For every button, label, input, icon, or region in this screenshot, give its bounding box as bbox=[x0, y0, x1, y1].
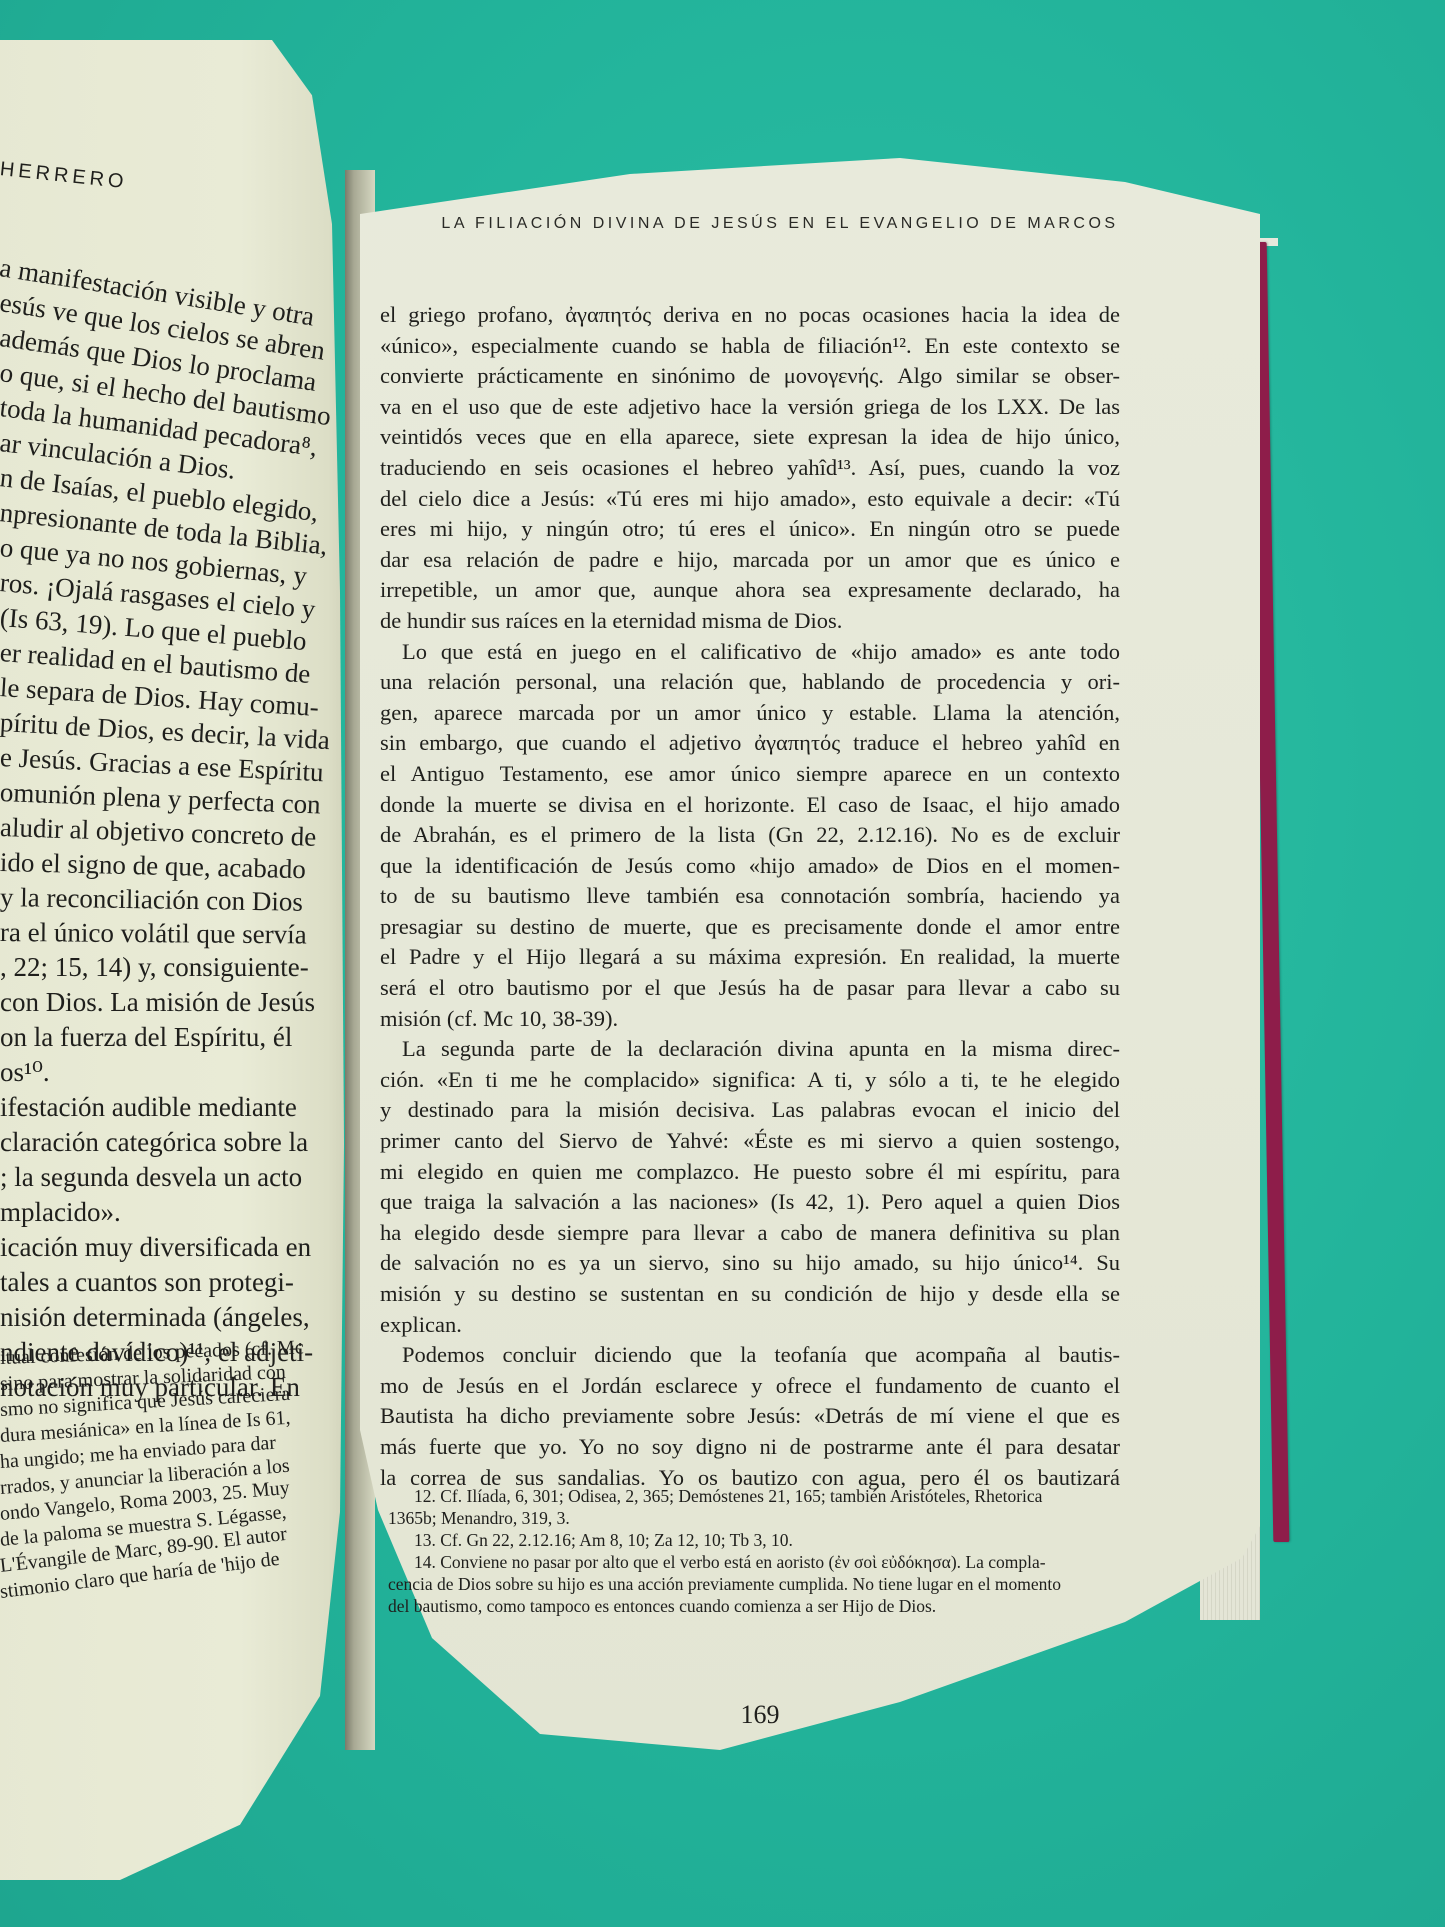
text-line: tales a cuantos son protegi- bbox=[0, 1265, 330, 1300]
left-page: HERRERO a manifestación visible y otraes… bbox=[0, 40, 360, 1880]
text-line: sin embargo, que cuando el adjetivo ἀγαπ… bbox=[380, 728, 1120, 759]
text-line: presagiar su destino de muerte, que es p… bbox=[380, 912, 1120, 943]
text-line: mi elegido en quien me complazco. He pue… bbox=[380, 1157, 1120, 1188]
right-page-content: LA FILIACIÓN DIVINA DE JESÚS EN EL EVANG… bbox=[380, 0, 1140, 1927]
text-line: , 22; 15, 14) y, consiguiente- bbox=[0, 950, 330, 985]
text-line: el Padre y el Hijo llegará a su máxima e… bbox=[380, 942, 1120, 973]
text-line: veintidós veces que en ella aparece, sie… bbox=[380, 422, 1120, 453]
left-footnotes: itual confesión de los pecados (cf. Mcsi… bbox=[0, 1345, 330, 1605]
text-line: ifestación audible mediante bbox=[0, 1090, 330, 1125]
left-running-head: HERRERO bbox=[0, 158, 129, 194]
text-line: va en el uso que de este adjetivo hace l… bbox=[380, 392, 1120, 423]
text-line: ha elegido desde siempre para llevar a c… bbox=[380, 1218, 1120, 1249]
text-line: el griego profano, ἀγαπητός deriva en no… bbox=[380, 300, 1120, 331]
text-line: primer canto del Siervo de Yahvé: «Éste … bbox=[380, 1126, 1120, 1157]
text-line: donde la muerte se divisa en el horizont… bbox=[380, 790, 1120, 821]
text-line: «único», especialmente cuando se habla d… bbox=[380, 331, 1120, 362]
text-line: claración categórica sobre la bbox=[0, 1125, 330, 1160]
text-line: icación muy diversificada en bbox=[0, 1230, 330, 1265]
text-line: ción. «En ti me he complacido» significa… bbox=[380, 1065, 1120, 1096]
text-line: ra el único volátil que servía bbox=[0, 915, 330, 953]
text-line: que la identificación de Jesús como «hij… bbox=[380, 851, 1120, 882]
text-line: del cielo dice a Jesús: «Tú eres mi hijo… bbox=[380, 484, 1120, 515]
text-line: eres mi hijo, y ningún otro; tú eres el … bbox=[380, 514, 1120, 545]
text-line: con Dios. La misión de Jesús bbox=[0, 985, 330, 1020]
text-line: de Abrahán, es el primero de la lista (G… bbox=[380, 820, 1120, 851]
page-number: 169 bbox=[380, 1700, 1140, 1730]
text-line: explican. bbox=[380, 1310, 1120, 1341]
text-line: una relación personal, una relación que,… bbox=[380, 667, 1120, 698]
right-footnotes: 12. Cf. Ilíada, 6, 301; Odisea, 2, 365; … bbox=[388, 1485, 1138, 1617]
text-line: será el otro bautismo por el que Jesús h… bbox=[380, 973, 1120, 1004]
footnote-line: 14. Conviene no pasar por alto que el ve… bbox=[388, 1551, 1138, 1573]
text-line: on la fuerza del Espíritu, él bbox=[0, 1020, 330, 1055]
text-line: traduciendo en seis ocasiones el hebreo … bbox=[380, 453, 1120, 484]
text-line: Lo que está en juego en el calificativo … bbox=[380, 637, 1120, 668]
footnote-line: cencia de Dios sobre su hijo es una acci… bbox=[388, 1573, 1138, 1595]
text-line: mo de Jesús en el Jordán esclarece y ofr… bbox=[380, 1371, 1120, 1402]
text-line: mplacido». bbox=[0, 1195, 330, 1230]
text-line: ; la segunda desvela un acto bbox=[0, 1160, 330, 1195]
footnote-line: 1365b; Menandro, 319, 3. bbox=[388, 1507, 1138, 1529]
text-line: Bautista ha dicho previamente sobre Jesú… bbox=[380, 1401, 1120, 1432]
text-line: de salvación no es ya un siervo, sino su… bbox=[380, 1248, 1120, 1279]
right-body-text: el griego profano, ἀγαπητός deriva en no… bbox=[380, 300, 1120, 1493]
text-line: convierte prácticamente en sinónimo de μ… bbox=[380, 361, 1120, 392]
footnote-line: 13. Cf. Gn 22, 2.12.16; Am 8, 10; Za 12,… bbox=[388, 1529, 1138, 1551]
text-line: os¹⁰. bbox=[0, 1055, 330, 1090]
left-body-text: a manifestación visible y otraesús ve qu… bbox=[0, 250, 330, 1405]
text-line: de hundir sus raíces en la eternidad mis… bbox=[380, 606, 1120, 637]
right-running-head: LA FILIACIÓN DIVINA DE JESÚS EN EL EVANG… bbox=[420, 215, 1140, 233]
text-line: y la reconciliación con Dios bbox=[0, 880, 330, 920]
text-line: dar esa relación de padre e hijo, marcad… bbox=[380, 545, 1120, 576]
text-line: el Antiguo Testamento, ese amor único si… bbox=[380, 759, 1120, 790]
text-line: irrepetible, un amor que, aunque ahora s… bbox=[380, 575, 1120, 606]
text-line: misión y su destino se sustentan en su c… bbox=[380, 1279, 1120, 1310]
footnote-line: del bautismo, como tampoco es entonces c… bbox=[388, 1595, 1138, 1617]
text-line: más fuerte que yo. Yo no soy digno ni de… bbox=[380, 1432, 1120, 1463]
text-line: La segunda parte de la declaración divin… bbox=[380, 1034, 1120, 1065]
footnote-line: 12. Cf. Ilíada, 6, 301; Odisea, 2, 365; … bbox=[388, 1485, 1138, 1507]
text-line: Podemos concluir diciendo que la teofaní… bbox=[380, 1340, 1120, 1371]
text-line: y destinado para la misión decisiva. Las… bbox=[380, 1095, 1120, 1126]
text-line: to de su bautismo lleve también esa conn… bbox=[380, 881, 1120, 912]
text-line: que traiga la salvación a las naciones» … bbox=[380, 1187, 1120, 1218]
text-line: nisión determinada (ángeles, bbox=[0, 1300, 330, 1335]
text-line: misión (cf. Mc 10, 38-39). bbox=[380, 1004, 1120, 1035]
text-line: gen, aparece marcada por un amor único y… bbox=[380, 698, 1120, 729]
